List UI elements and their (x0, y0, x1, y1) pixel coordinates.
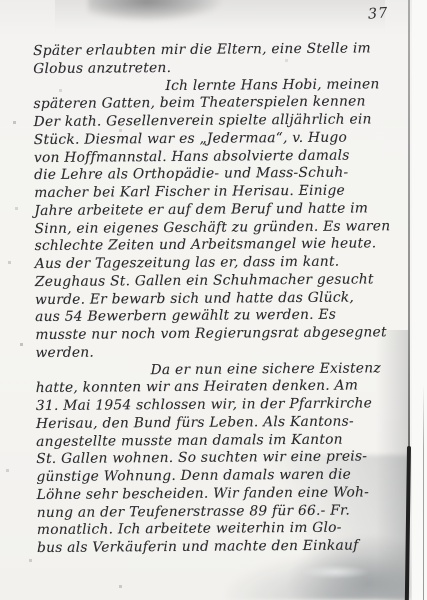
handwritten-line: Löhne sehr bescheiden. Wir fanden eine W… (36, 484, 408, 505)
handwritten-line: Jahre arbeitete er auf dem Beruf und hat… (34, 200, 406, 221)
scanned-document-page: 37 Später erlaubten mir die Eltern, eine… (0, 0, 427, 600)
right-page-gutter (412, 0, 427, 600)
handwritten-line: Zeughaus St. Gallen ein Schuhmacher gesu… (35, 271, 407, 292)
page-edge-line-upper (408, 0, 410, 460)
handwritten-line: St. Gallen wohnen. So suchten wir eine p… (36, 448, 408, 469)
handwritten-line: Der kath. Gesellenverein spielte alljähr… (34, 111, 406, 132)
handwritten-text-block: Später erlaubten mir die Eltern, eine St… (33, 40, 409, 558)
handwritten-line: wurde. Er bewarb sich und hatte das Glüc… (35, 289, 407, 310)
handwritten-line: musste nur noch vom Regierungsrat abgese… (35, 324, 407, 345)
page-number: 37 (367, 5, 389, 22)
handwritten-line: schlechte Zeiten und Arbeitsmangel wie h… (35, 235, 407, 256)
handwritten-line: Herisau, den Bund fürs Leben. Als Kanton… (36, 413, 408, 434)
top-smudge-artifact (88, 0, 273, 34)
paper-speckles (0, 0, 1, 1)
bottom-right-glint (300, 565, 370, 579)
handwritten-line: bus als Verkäuferin und machte den Einka… (37, 537, 409, 558)
scan-bed-edge-line (423, 385, 424, 600)
handwritten-line: Später erlaubten mir die Eltern, eine St… (33, 40, 405, 61)
